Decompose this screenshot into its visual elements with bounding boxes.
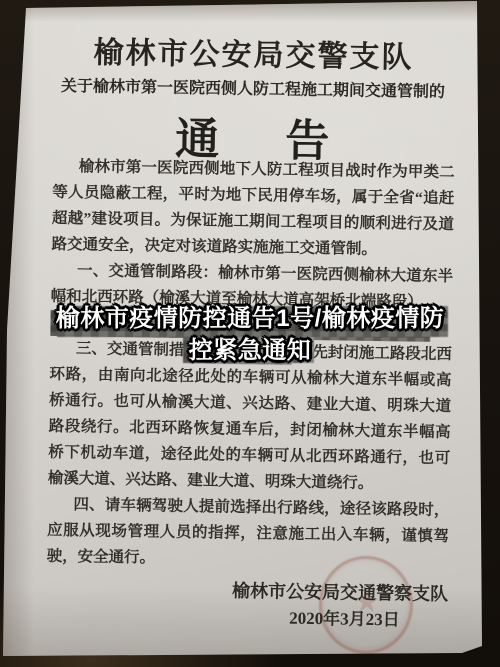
date-line: 2020年3月23日 xyxy=(46,600,448,631)
caption-line-1: 榆林市疫情防控通告1号/榆林疫情防 xyxy=(0,303,500,335)
agency-title: 榆林市公安局交警支队 xyxy=(3,26,500,78)
caption-line-2: 控紧急通知 xyxy=(0,335,500,367)
photo-background: 榆林市公安局交警支队 关于榆林市第一医院西侧人防工程施工期间交通管制的 通 告 … xyxy=(0,0,500,667)
date-text: 2020年3月23日 xyxy=(289,609,400,630)
caption-overlay: 榆林市疫情防控通告1号/榆林疫情防 控紧急通知 xyxy=(0,303,500,367)
